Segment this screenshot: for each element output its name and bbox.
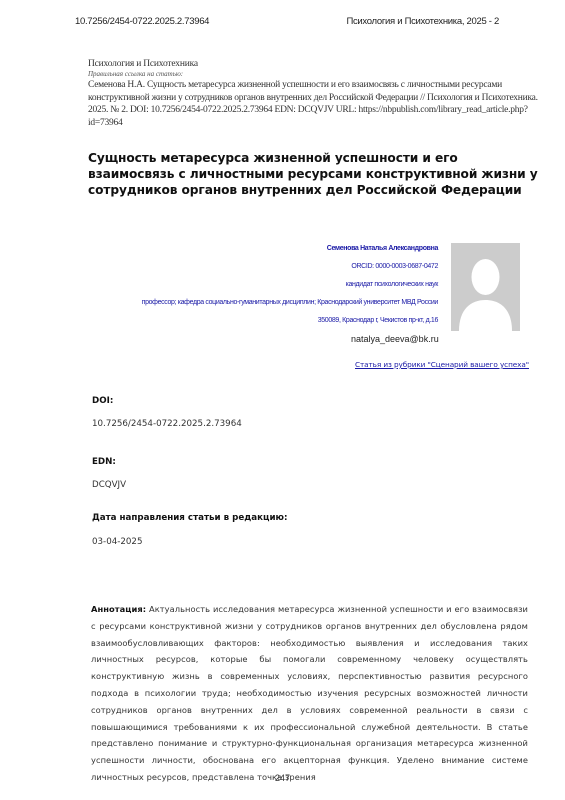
author-degree: кандидат психологических наук <box>142 279 438 297</box>
doi-label: DOI: <box>92 396 113 406</box>
abstract: Аннотация: Актуальность исследования мет… <box>91 601 528 786</box>
running-head-doi: 10.7256/2454-0722.2025.2.73964 <box>75 16 209 27</box>
edn-value: DCQVJV <box>92 480 126 490</box>
author-info: Семенова Наталья Александровна ORCID: 00… <box>142 243 438 333</box>
author-affiliation: профессор; кафедра социально-гуманитарны… <box>142 297 438 315</box>
citation-text: Семенова Н.А. Сущность метаресурса жизне… <box>88 79 538 129</box>
person-silhouette-icon <box>451 243 520 331</box>
author-photo <box>451 243 520 331</box>
citation-label: Правильная ссылка на статью: <box>88 70 538 79</box>
author-address: 350089, Краснодар г, Чекистов пр-кт, д.1… <box>142 315 438 333</box>
abstract-label: Аннотация: <box>91 604 146 614</box>
author-email[interactable]: natalya_deeva@bk.ru <box>351 334 439 344</box>
journal-name: Психология и Психотехника <box>88 58 538 70</box>
rubric-link[interactable]: Статья из рубрики "Сценарий вашего успех… <box>355 360 529 369</box>
author-orcid[interactable]: ORCID: 0000-0003-0687-0472 <box>142 261 438 279</box>
page-number: 247 <box>0 773 565 783</box>
running-head-journal: Психология и Психотехника, 2025 - 2 <box>346 16 499 27</box>
edn-label: EDN: <box>92 457 116 467</box>
abstract-text: Актуальность исследования метаресурса жи… <box>91 604 528 782</box>
citation-block: Психология и Психотехника Правильная ссы… <box>88 58 538 129</box>
date-label: Дата направления статьи в редакцию: <box>92 513 287 523</box>
article-title: Сущность метаресурса жизненной успешност… <box>88 150 538 198</box>
author-name[interactable]: Семенова Наталья Александровна <box>142 243 438 261</box>
doi-value[interactable]: 10.7256/2454-0722.2025.2.73964 <box>92 419 242 429</box>
date-value: 03-04-2025 <box>92 537 143 547</box>
